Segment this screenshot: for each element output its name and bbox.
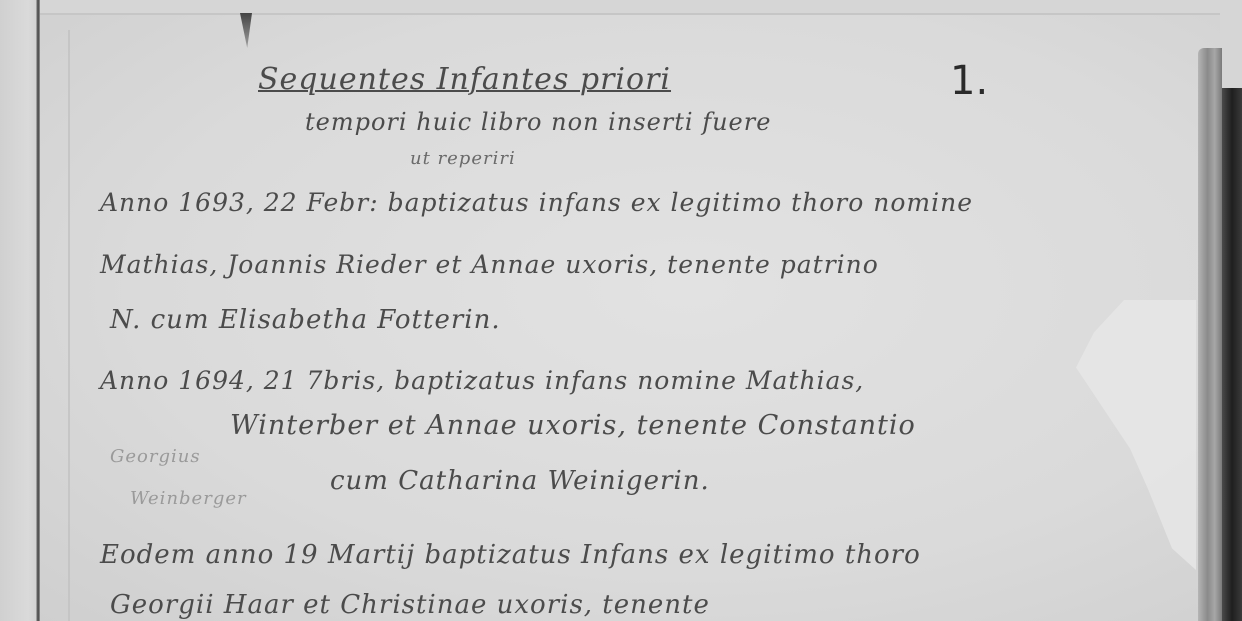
entry-2-line-3: cum Catharina Weinigerin. <box>330 466 710 496</box>
book-spine <box>1198 48 1222 621</box>
left-page-edge <box>0 0 40 621</box>
entry-2-line-2: Winterber et Annae uxoris, tenente Const… <box>230 410 916 441</box>
page-fold-crease <box>68 30 70 621</box>
entry-1-line-1: Anno 1693, 22 Febr: baptizatus infans ex… <box>100 188 973 217</box>
entry-1-line-3: N. cum Elisabetha Fotterin. <box>110 305 501 335</box>
book-cover-edge <box>1222 88 1242 621</box>
entry-2-margin-note-2: Weinberger <box>130 488 247 509</box>
page-number: 1. <box>950 58 988 104</box>
entry-3-line-1: Eodem anno 19 Martij baptizatus Infans e… <box>100 540 921 570</box>
scanned-register-page: 1. Sequentes Infantes priori tempori hui… <box>0 0 1242 621</box>
entry-2-margin-note-1: Georgius <box>110 446 201 467</box>
heading-line-1: Sequentes Infantes priori <box>258 62 671 97</box>
entry-2-line-1: Anno 1694, 21 7bris, baptizatus infans n… <box>100 366 864 395</box>
entry-3-line-2: Georgii Haar et Christinae uxoris, tenen… <box>110 590 710 620</box>
heading-line-2: tempori huic libro non inserti fuere <box>305 108 771 136</box>
heading-interlinear-note: ut reperiri <box>410 148 516 169</box>
entry-1-line-2: Mathias, Joannis Rieder et Annae uxoris,… <box>100 250 879 279</box>
